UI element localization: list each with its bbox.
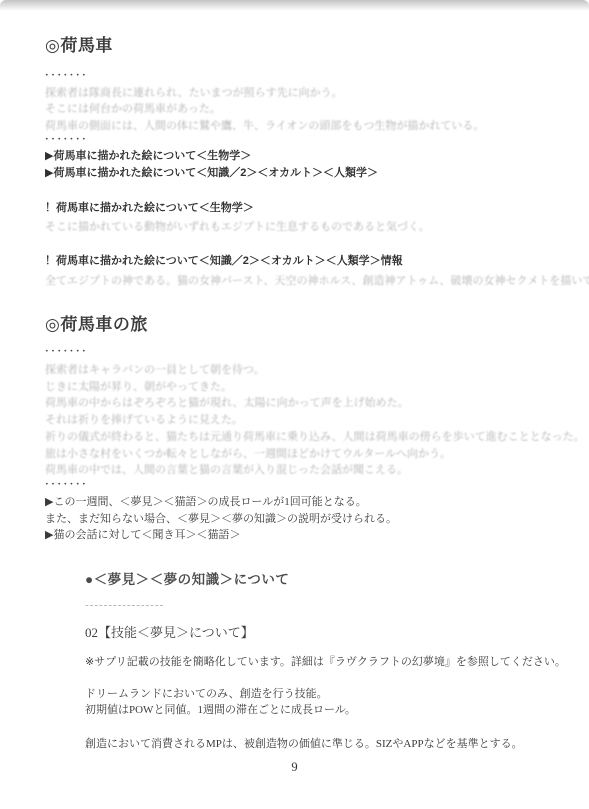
note-line: ▶猫の会話に対して＜聞き耳＞＜猫語＞	[45, 527, 240, 543]
note-line: ▶この一週間、＜夢見＞＜猫語＞の成長ロールが1回可能となる。	[45, 494, 367, 510]
narration-line: 荷馬車の側面には、人間の体に鷲や鷹、牛、ライオンの頭部をもつ生物が描かれている。	[45, 118, 484, 134]
narration-line: じきに太陽が昇り、朝がやってきた。	[45, 379, 232, 395]
skill-check-line: ▶荷馬車に描かれた絵について＜生物学＞	[45, 148, 251, 164]
skill-check-line: ▶荷馬車に描かれた絵について＜知識／2＞＜オカルト＞＜人類学＞	[45, 165, 378, 181]
subheading-skill-yumemi: 02【技能＜夢見＞について】	[85, 624, 254, 642]
narration-line: 荷馬車の中からはぞろぞろと猫が現れ、太陽に向かって声を上げ始めた。	[45, 395, 409, 411]
check-result-title: ！荷馬車に描かれた絵について＜知識／2＞＜オカルト＞＜人類学＞情報	[45, 253, 403, 269]
ellipsis-dots: ·······	[45, 345, 88, 357]
ellipsis-dots: ·······	[45, 69, 88, 81]
narration-line: 探索者は隊商長に連れられ、たいまつが照らす先に向かう。	[45, 85, 343, 101]
ellipsis-dots: ·······	[45, 133, 88, 145]
section-heading-dream: ●＜夢見＞＜夢の知識＞について	[85, 571, 289, 589]
note-line: また、まだ知らない場合、＜夢見＞＜夢の知識＞の説明が受けられる。	[45, 511, 397, 527]
narration-line: 探索者はキャラバンの一員として朝を待つ。	[45, 362, 265, 378]
section-heading-journey: ◎荷馬車の旅	[45, 313, 148, 337]
body-line: 創造において消費されるMPは、被創造物の価値に準じる。SIZやAPPなどを基準と…	[85, 736, 523, 752]
check-result-body: そこに描かれている動物がいずれもエジプトに生息するものであると気づく。	[45, 219, 430, 235]
page-top-shadow	[0, 0, 589, 11]
check-result-title: ！荷馬車に描かれた絵について＜生物学＞	[45, 200, 254, 216]
body-line: ドリームランドにおいてのみ、創造を行う技能。	[85, 686, 328, 702]
narration-line: 祈りの儀式が終わると、猫たちは元通り荷馬車に乗り込み、人間は荷馬車の傍らを歩いて…	[45, 429, 585, 445]
page-number: 9	[0, 759, 589, 775]
check-result-body: 全てエジプトの神である。猫の女神バースト、天空の神ホルス、創造神アトゥム、破壊の…	[45, 273, 589, 289]
reference-note: ※サプリ記載の技能を簡略化しています。詳細は『ラヴクラフトの幻夢境』を参照してく…	[85, 654, 566, 670]
ellipsis-dots: ·······	[45, 478, 88, 490]
body-line: 初期値はPOWと同値。1週間の滞在ごとに成長ロール。	[85, 702, 356, 718]
divider-dashes: -----------------	[85, 597, 164, 613]
section-heading-cart: ◎荷馬車	[45, 34, 113, 58]
narration-line: 旅は小さな村をいくつか転々としながら、一週間ほどかけてウルタールへ向かう。	[45, 446, 451, 462]
narration-line: 荷馬車の中では、人間の言葉と猫の言葉が入り混じった会話が聞こえる。	[45, 462, 408, 478]
narration-line: そこには何台かの荷馬車があった。	[45, 101, 221, 117]
document-page: ◎荷馬車 ······· 探索者は隊商長に連れられ、たいまつが照らす先に向かう。…	[0, 0, 589, 809]
narration-line: それは祈りを捧げているように見えた。	[45, 412, 243, 428]
